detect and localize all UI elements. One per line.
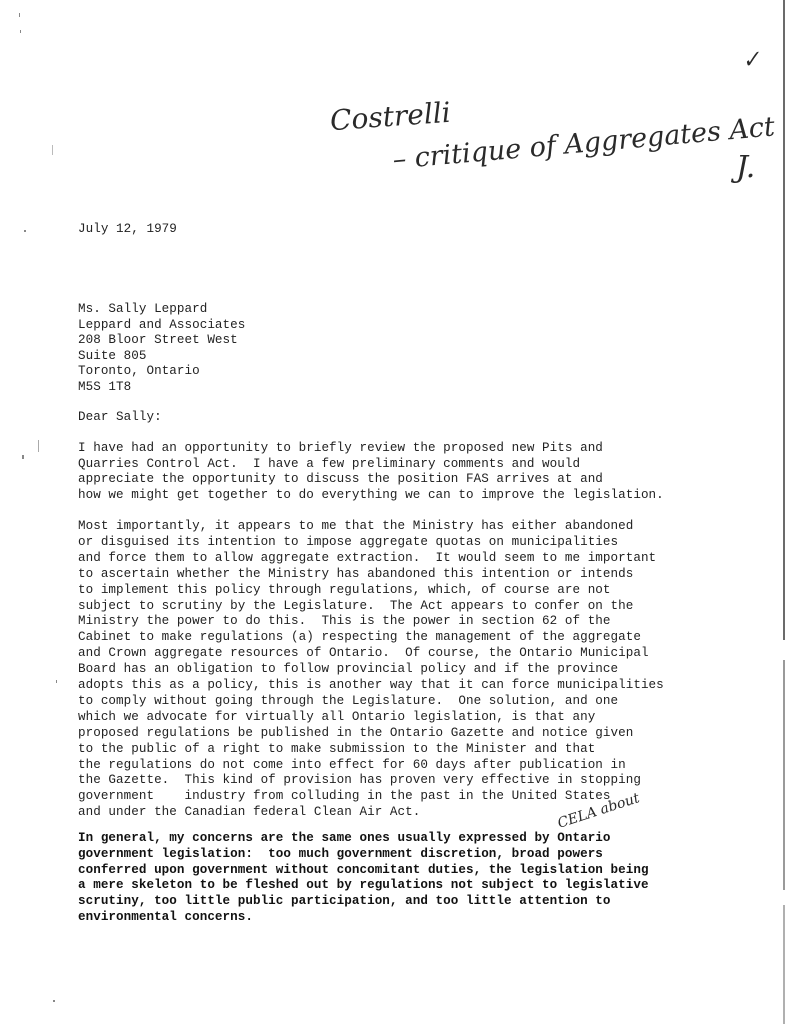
scan-speck bbox=[20, 30, 21, 33]
paragraph-line: to ascertain whether the Ministry has ab… bbox=[78, 567, 633, 583]
paragraph-line: Ministry the power to do this. This is t… bbox=[78, 614, 611, 630]
paragraph-line: appreciate the opportunity to discuss th… bbox=[78, 472, 603, 488]
paragraph-line: In general, my concerns are the same one… bbox=[78, 831, 611, 847]
scan-speck bbox=[56, 680, 57, 683]
scan-edge-line bbox=[783, 0, 785, 640]
paragraph-line: Cabinet to make regulations (a) respecti… bbox=[78, 630, 641, 646]
paragraph-line: and Crown aggregate resources of Ontario… bbox=[78, 646, 649, 662]
paragraph-line: how we might get together to do everythi… bbox=[78, 488, 664, 504]
paragraph-line: to comply without going through the Legi… bbox=[78, 694, 618, 710]
paragraph-line: Board has an obligation to follow provin… bbox=[78, 662, 618, 678]
letter-page: Costrelli – critique of Aggregates Act J… bbox=[0, 0, 790, 1024]
scan-speck bbox=[38, 440, 39, 452]
paragraph-line: or disguised its intention to impose agg… bbox=[78, 535, 618, 551]
address-line: Ms. Sally Leppard bbox=[78, 302, 207, 318]
scan-speck bbox=[24, 230, 26, 232]
paragraph-line: and under the Canadian federal Clean Air… bbox=[78, 805, 420, 821]
scan-speck bbox=[22, 455, 24, 459]
paragraph-line: government legislation: too much governm… bbox=[78, 847, 603, 863]
scan-speck bbox=[19, 13, 20, 17]
margin-check-icon: ✓ bbox=[740, 47, 762, 75]
paragraph-line: Most importantly, it appears to me that … bbox=[78, 519, 633, 535]
address-line: Leppard and Associates bbox=[78, 318, 245, 334]
handwritten-name: Costrelli bbox=[329, 96, 452, 137]
paragraph-line: scrutiny, too little public participatio… bbox=[78, 894, 611, 910]
scan-speck bbox=[52, 145, 53, 155]
salutation: Dear Sally: bbox=[78, 410, 162, 426]
paragraph-line: conferred upon government without concom… bbox=[78, 863, 649, 879]
handwritten-initial: J. bbox=[736, 150, 755, 185]
paragraph-line: which we advocate for virtually all Onta… bbox=[78, 710, 595, 726]
scan-speck bbox=[53, 1000, 55, 1002]
address-line: Toronto, Ontario bbox=[78, 364, 200, 380]
paragraph-line: to the public of a right to make submiss… bbox=[78, 742, 595, 758]
address-line: M5S 1T8 bbox=[78, 380, 131, 396]
paragraph-line: subject to scrutiny by the Legislature. … bbox=[78, 599, 633, 615]
paragraph-line: the regulations do not come into effect … bbox=[78, 758, 626, 774]
paragraph-line: Quarries Control Act. I have a few preli… bbox=[78, 457, 580, 473]
letter-date: July 12, 1979 bbox=[78, 222, 177, 238]
paragraph-line: to implement this policy through regulat… bbox=[78, 583, 611, 599]
address-line: 208 Bloor Street West bbox=[78, 333, 238, 349]
paragraph-line: and force them to allow aggregate extrac… bbox=[78, 551, 656, 567]
paragraph-line: adopts this as a policy, this is another… bbox=[78, 678, 664, 694]
paragraph-line: I have had an opportunity to briefly rev… bbox=[78, 441, 603, 457]
paragraph-line: the Gazette. This kind of provision has … bbox=[78, 773, 641, 789]
scan-edge-line bbox=[783, 660, 785, 890]
scan-edge-line bbox=[783, 905, 785, 1024]
address-line: Suite 805 bbox=[78, 349, 146, 365]
paragraph-line: environmental concerns. bbox=[78, 910, 253, 926]
paragraph-line: a mere skeleton to be fleshed out by reg… bbox=[78, 878, 649, 894]
paragraph-line: government industry from colluding in th… bbox=[78, 789, 611, 805]
paragraph-line: proposed regulations be published in the… bbox=[78, 726, 633, 742]
